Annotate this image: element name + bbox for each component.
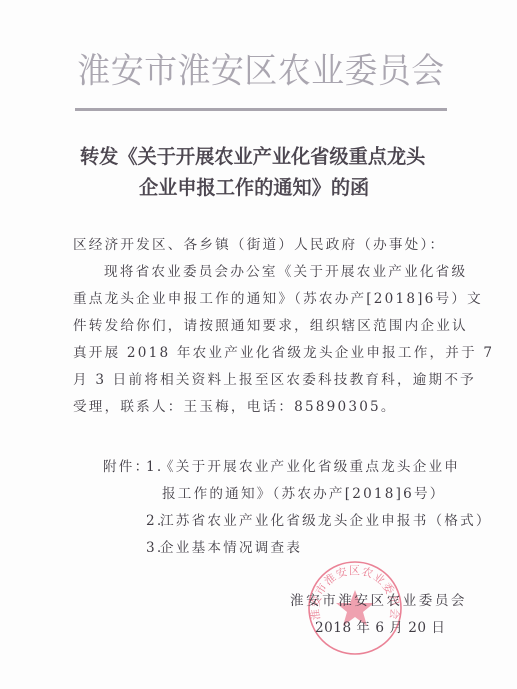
signature-date: 2018 年 6 月 20 日 — [315, 618, 445, 638]
attachment-1-line-2: 报工作的通知》（苏农办产[2018]6号） — [162, 484, 446, 504]
document-title-line-2: 企业申报工作的通知》的函 — [139, 174, 369, 202]
body-line: 真开展 2018 年农业产业化省级龙头企业申报工作，并于 7 — [73, 343, 494, 363]
body-line: 件转发给你们，请按照通知要求，组织辖区范围内企业认 — [73, 316, 468, 336]
letterhead-divider — [75, 108, 447, 111]
attachment-2-title: 江苏省农业产业化省级龙头企业申报书（格式） — [160, 511, 492, 531]
letterhead-org-name: 淮安市淮安区农业委员会 — [75, 36, 447, 105]
attachments-label: 附件： — [103, 457, 150, 477]
salutation: 区经济开发区、各乡镇（街道）人民政府（办事处）： — [73, 235, 445, 255]
body-line: 现将省农业委员会办公室《关于开展农业产业化省级 — [104, 262, 467, 282]
attachment-3-title: 企业基本情况调查表 — [160, 538, 302, 558]
body-line: 月 3 日前将相关资料上报至区农委科技教育科，逾期不予 — [73, 370, 476, 390]
attachment-1-line-1: 《关于开展农业产业化省级重点龙头企业申 — [160, 457, 460, 477]
signature-org: 淮安市淮安区农业委员会 — [290, 591, 467, 611]
body-line: 重点龙头企业申报工作的通知》（苏农办产[2018]6号）文 — [73, 289, 483, 309]
document-title-line-1: 转发《关于开展农业产业化省级重点龙头 — [80, 143, 425, 171]
body-line: 受理，联系人：王玉梅，电话：85890305。 — [73, 397, 397, 417]
